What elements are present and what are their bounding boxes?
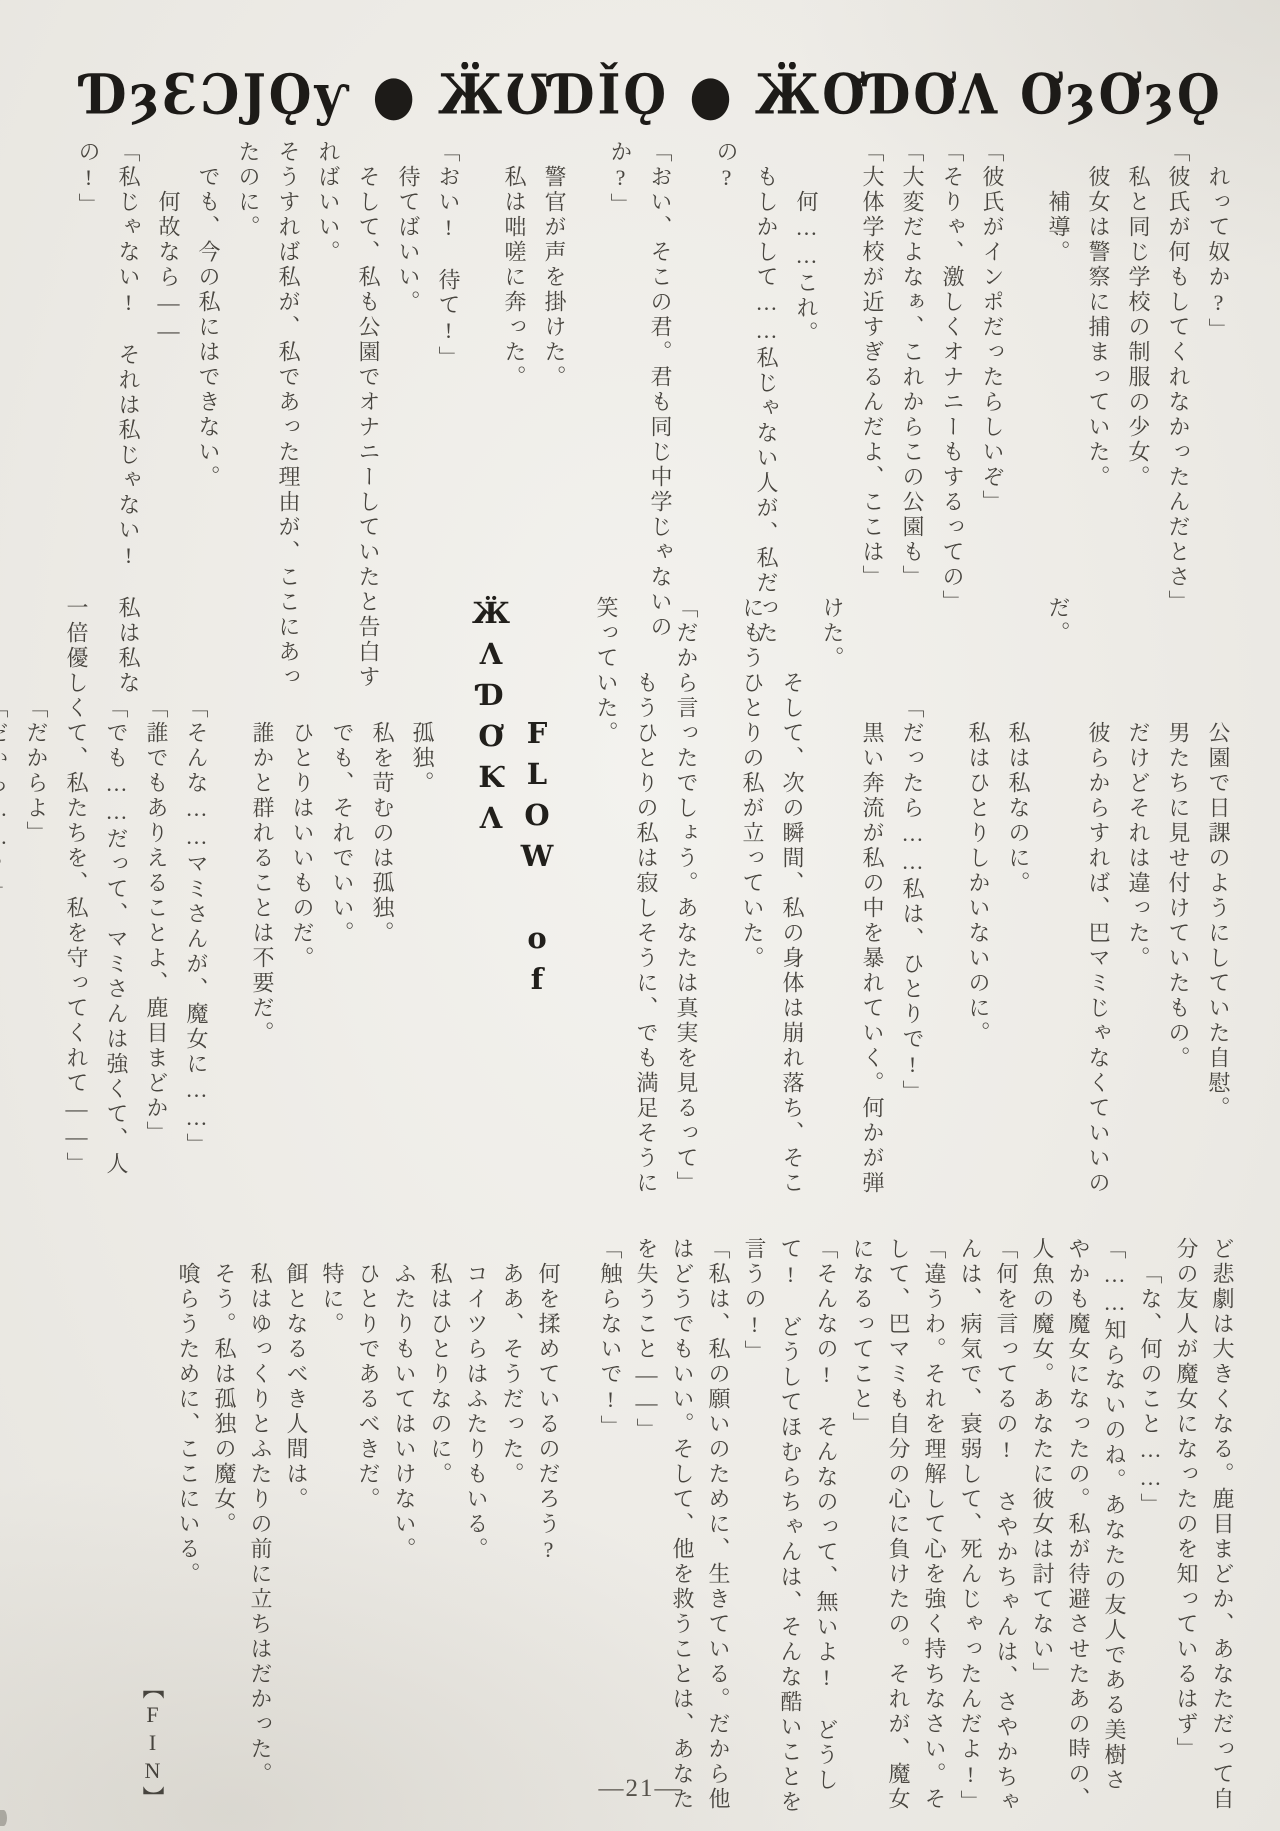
text-column-paragraph: コイツらはふたりもいる。 bbox=[458, 1237, 494, 1817]
text-column-paragraph: そして、次の瞬間、私の身体は崩れ落ち、そこにもうひとりの私が立っていた。 bbox=[732, 596, 812, 1196]
text-column-paragraph: 「そんな……マミさんが、魔女に……」 bbox=[176, 596, 216, 1196]
text-column-paragraph: 「だから……?」 bbox=[0, 596, 16, 1196]
text-column-paragraph: 孤独。 bbox=[402, 596, 442, 1196]
section-ornamental-heading: FLOW of ӜΛƊƠƘΛ bbox=[468, 596, 560, 1196]
text-column-paragraph: 男たちに見せ付けていたもの。 bbox=[1158, 596, 1198, 1196]
text-column-paragraph: 「な、何のこと……」 bbox=[1132, 1237, 1168, 1817]
text-column-paragraph: 「誰でもありえることよ、鹿目まどか」 bbox=[136, 596, 176, 1196]
text-column-paragraph: だけどそれは違った。 bbox=[1118, 596, 1158, 1196]
text-column-paragraph: 「だからよ」 bbox=[16, 596, 56, 1196]
text-column-paragraph: 誰かと群れることは不要だ。 bbox=[242, 596, 282, 1196]
text-band-bottom: ど悲劇は大きくなる。鹿目まどか、あなただって自分の友人が魔女になったのを知ってい… bbox=[110, 1237, 1240, 1817]
text-column-paragraph: 「私は、私の願いのために、生きている。だから他はどうでもいい。そして、他を救うこ… bbox=[628, 1237, 736, 1817]
text-column-paragraph: もうひとりの私は寂しそうに、でも満足そうに笑っていた。 bbox=[586, 596, 666, 1196]
text-column-paragraph: ど悲劇は大きくなる。鹿目まどか、あなただって自分の友人が魔女になったのを知ってい… bbox=[1168, 1237, 1240, 1817]
text-column-paragraph: 「だったら……私は、ひとりで!」 bbox=[892, 596, 932, 1196]
text-column-paragraph: 「でも……だって、マミさんは強くて、人一倍優しくて、私たちを、私を守ってくれて―… bbox=[56, 596, 136, 1196]
text-column-paragraph: ああ、そうだった。 bbox=[494, 1237, 530, 1817]
text-column-paragraph: そう。私は孤独の魔女。 bbox=[206, 1237, 242, 1817]
text-column-paragraph: 「だから言ったでしょう。あなたは真実を見るって」 bbox=[666, 596, 706, 1196]
text-column-paragraph: 私はひとりなのに。 bbox=[422, 1237, 458, 1817]
text-column-paragraph: 公園で日課のようにしていた自慰。 bbox=[1198, 596, 1238, 1196]
text-column-paragraph: 【FIN】 bbox=[134, 1237, 170, 1817]
page-number: —21— bbox=[0, 1775, 1280, 1803]
text-column-paragraph: 私はひとりしかいないのに。 bbox=[958, 596, 998, 1196]
text-column-paragraph: 私は私なのに。 bbox=[998, 596, 1038, 1196]
text-column-paragraph: 黒い奔流が私の中を暴れていく。何かが弾けた。 bbox=[812, 596, 892, 1196]
text-column-paragraph: 何を揉めているのだろう? bbox=[530, 1237, 566, 1817]
text-column-paragraph: 私を苛むのは孤独。 bbox=[362, 596, 402, 1196]
text-column-paragraph: 私はゆっくりとふたりの前に立ちはだかった。 bbox=[242, 1237, 278, 1817]
text-column-paragraph: 「何を言ってるの! さやかちゃんは、さやかちゃんは、病気で、衰弱して、死んじゃっ… bbox=[952, 1237, 1024, 1817]
text-column-paragraph: 「触らないで!」 bbox=[592, 1237, 628, 1817]
scanned-doujinshi-page: { "banner": { "ornamental_text": "ƊȝƐƆJǪ… bbox=[0, 0, 1280, 1831]
text-band-middle: 公園で日課のようにしていた自慰。男たちに見せ付けていたもの。だけどそれは違った。… bbox=[116, 596, 1238, 1196]
text-column-paragraph: 「そんなの! そんなのって、無いよ! どうして! どうしてほむらちゃんは、そんな… bbox=[736, 1237, 844, 1817]
text-column-paragraph: 「違うわ。それを理解して心を強く持ちなさい。そして、巴マミも自分の心に負けたの。… bbox=[844, 1237, 952, 1817]
text-column-paragraph: ひとりであるべきだ。 bbox=[350, 1237, 386, 1817]
text-column-paragraph: 喰らうために、ここにいる。 bbox=[170, 1237, 206, 1817]
text-column-paragraph: ひとりはいいものだ。 bbox=[282, 596, 322, 1196]
text-column-paragraph: 餌となるべき人間は。 bbox=[278, 1237, 314, 1817]
text-column-paragraph: 彼らからすれば、巴マミじゃなくていいのだ。 bbox=[1038, 596, 1118, 1196]
ornamental-title: ƊȝƐƆJǪƴ ● ӜƱƊǏǪ ● ӜƠƊƠΛ ƠȝƠȝǪ bbox=[84, 62, 1223, 127]
text-column-paragraph: 「……知らないのね。あなたの友人である美樹さやかも魔女になったの。私が待避させた… bbox=[1024, 1237, 1132, 1817]
text-column-paragraph: でも、それでいい。 bbox=[322, 596, 362, 1196]
text-column-paragraph: 特に。 bbox=[314, 1237, 350, 1817]
text-column-paragraph: ふたりもいてはいけない。 bbox=[386, 1237, 422, 1817]
scan-edge-smudge bbox=[0, 1810, 7, 1826]
